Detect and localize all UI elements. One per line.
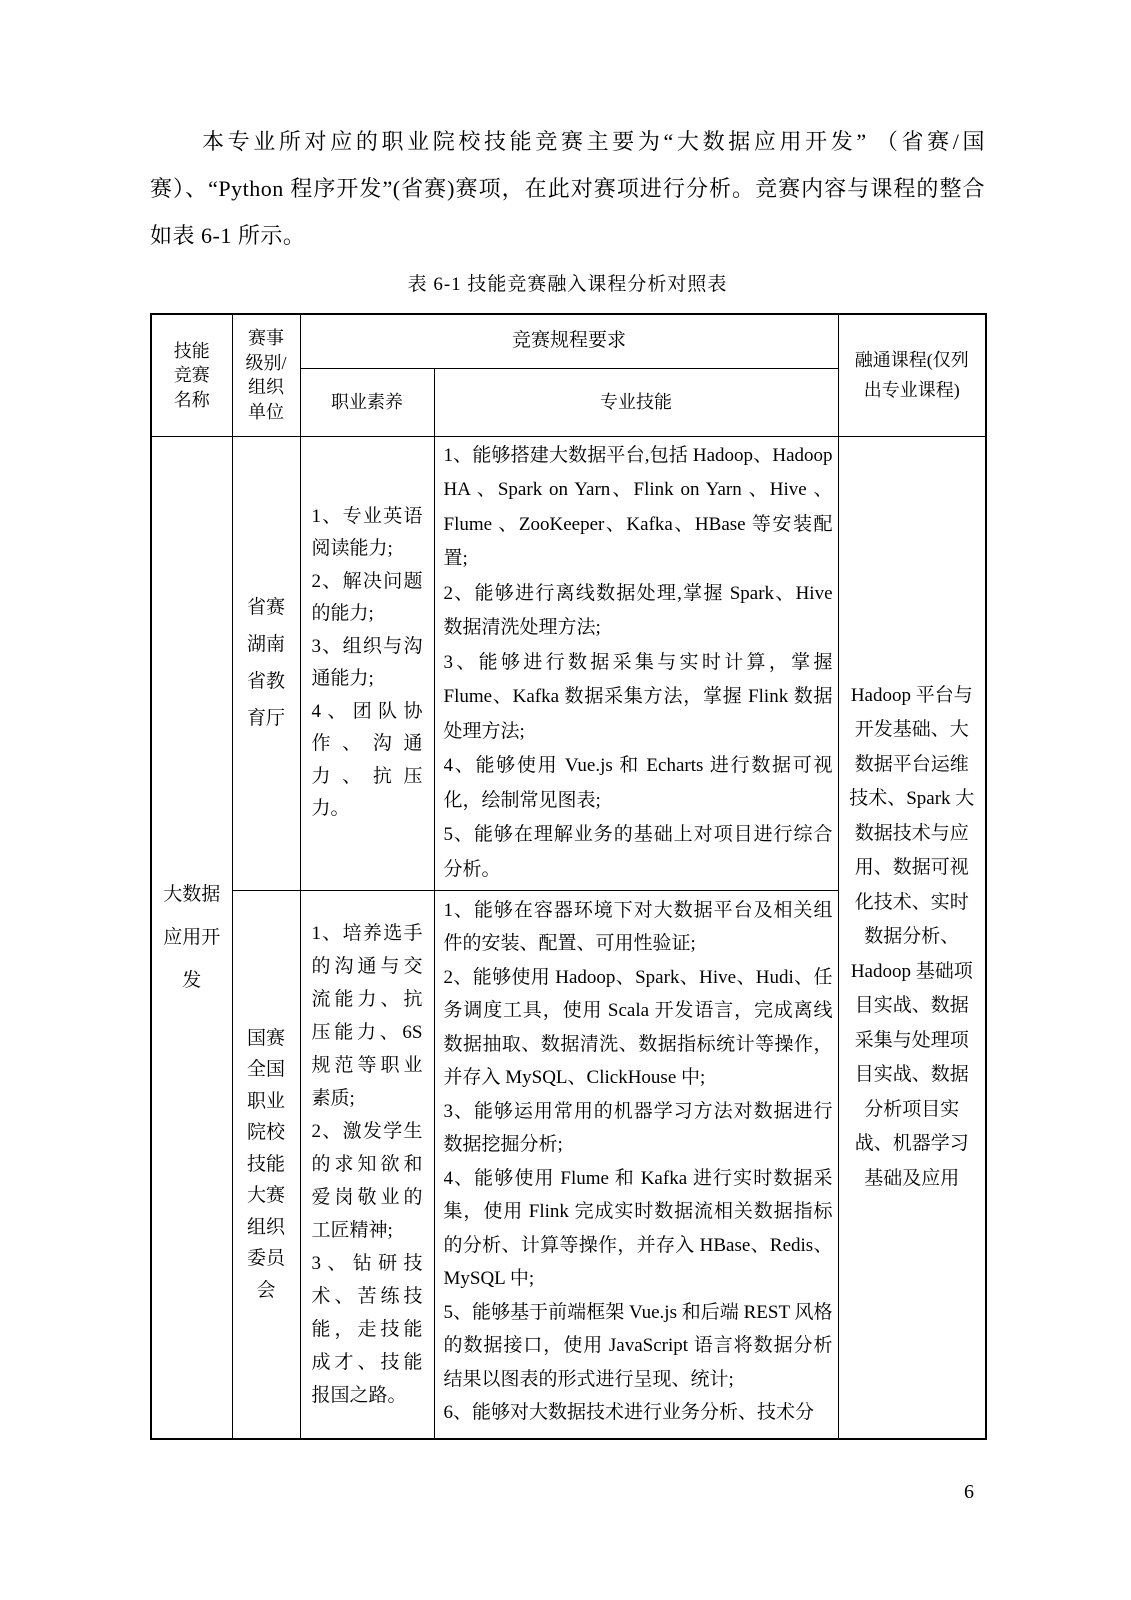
skill-provincial-text: 1、能够搭建大数据平台,包括 Hadoop、Hadoop HA 、Spark o… bbox=[444, 439, 833, 888]
cell-courses: Hadoop 平台与开发基础、大数据平台运维技术、Spark 大数据技术与应用、… bbox=[838, 436, 986, 1439]
header-level-org-label: 赛事级别/组织单位 bbox=[245, 326, 287, 424]
page-content: 本专业所对应的职业院校技能竞赛主要为“大数据应用开发” （省赛/国赛）、“Pyt… bbox=[150, 0, 985, 1440]
cell-skill-provincial: 1、能够搭建大数据平台,包括 Hadoop、Hadoop HA 、Spark o… bbox=[434, 436, 838, 890]
header-professional-skill: 专业技能 bbox=[434, 368, 838, 436]
cell-quality-national: 1、培养选手的沟通与交流能力、抗压能力、6S 规范等职业素质; 2、激发学生的求… bbox=[300, 890, 434, 1439]
header-courses: 融通课程(仅列出专业课程) bbox=[838, 314, 986, 436]
header-level-org: 赛事级别/组织单位 bbox=[232, 314, 300, 436]
cell-skill-national: 1、能够在容器环境下对大数据平台及相关组件的安装、配置、可用性验证; 2、能够使… bbox=[434, 890, 838, 1439]
competition-name-text: 大数据应用开发 bbox=[162, 873, 222, 1002]
header-competition-name-label: 技能竞赛名称 bbox=[171, 339, 213, 413]
header-requirements: 竞赛规程要求 bbox=[300, 314, 838, 368]
cell-level-org-provincial: 省赛湖南省教育厅 bbox=[232, 436, 300, 890]
cell-quality-provincial: 1、专业英语阅读能力; 2、解决问题的能力; 3、组织与沟通能力; 4、团队协作… bbox=[300, 436, 434, 890]
intro-paragraph: 本专业所对应的职业院校技能竞赛主要为“大数据应用开发” （省赛/国赛）、“Pyt… bbox=[150, 0, 985, 259]
cell-competition-name: 大数据应用开发 bbox=[151, 436, 232, 1439]
page-number: 6 bbox=[957, 1481, 981, 1504]
header-courses-label: 融通课程(仅列出专业课程) bbox=[855, 345, 969, 405]
table-row-provincial: 大数据应用开发 省赛湖南省教育厅 1、专业英语阅读能力; 2、解决问题的能力; … bbox=[151, 436, 986, 890]
header-professional-quality: 职业素养 bbox=[300, 368, 434, 436]
header-competition-name: 技能竞赛名称 bbox=[151, 314, 232, 436]
level-org-national-text: 国赛全国职业院校技能大赛组织委员会 bbox=[245, 1023, 287, 1307]
competition-course-table: 技能竞赛名称 赛事级别/组织单位 竞赛规程要求 融通课程(仅列出专业课程) 职业… bbox=[150, 313, 987, 1440]
level-org-provincial-text: 省赛湖南省教育厅 bbox=[245, 589, 287, 737]
header-row-top: 技能竞赛名称 赛事级别/组织单位 竞赛规程要求 融通课程(仅列出专业课程) bbox=[151, 314, 986, 368]
cell-level-org-national: 国赛全国职业院校技能大赛组织委员会 bbox=[232, 890, 300, 1439]
skill-national-text: 1、能够在容器环境下对大数据平台及相关组件的安装、配置、可用性验证; 2、能够使… bbox=[444, 894, 833, 1430]
table-caption: 表 6-1 技能竞赛融入课程分析对照表 bbox=[150, 259, 985, 313]
